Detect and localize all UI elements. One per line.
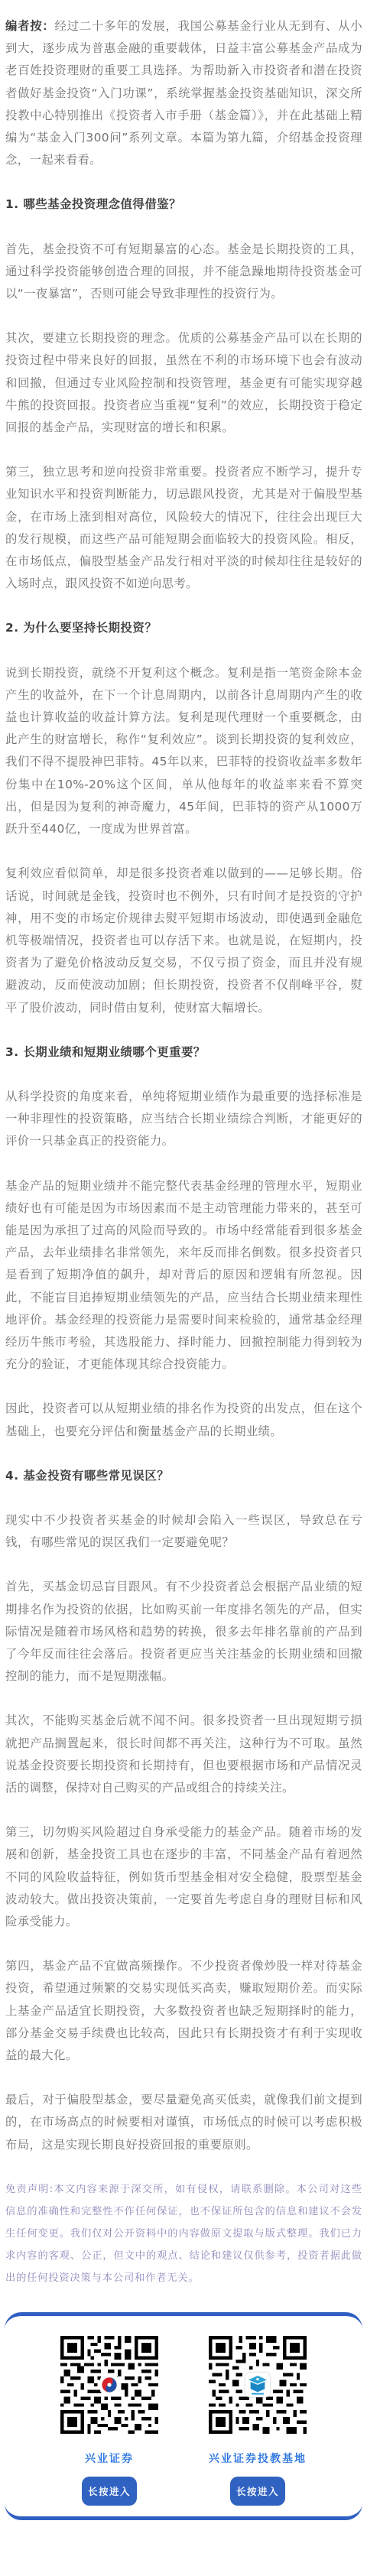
paragraph: 基金产品的短期业绩并不能完整代表基金经理的管理水平，短期业绩好也有可能是因为市场… xyxy=(5,1175,362,1376)
paragraph: 最后，对于偏股型基金，要尽量避免高买低卖，就像我们前文提到的，在市场高点的时候要… xyxy=(5,2089,362,2156)
section-heading-3: 3. 长期业绩和短期业绩哪个更重要？ xyxy=(5,1041,362,1064)
disclaimer: 免责声明:本文内容来源于深交所，如有侵权，请联系删除。本公司对这些信息的准确性和… xyxy=(5,2178,362,2289)
section-heading-2: 2. 为什么要坚持长期投资？ xyxy=(5,617,362,639)
paragraph: 首先，基金投资不可有短期暴富的心态。基金是长期投资的工具，通过科学投资能够创造合… xyxy=(5,239,362,306)
qr-label: 兴业证券 xyxy=(85,2451,134,2466)
qr-code-investor-education[interactable] xyxy=(209,2336,307,2434)
long-press-enter-button[interactable]: 长按进入 xyxy=(230,2477,285,2506)
long-press-enter-button[interactable]: 长按进入 xyxy=(82,2477,137,2506)
industrial-securities-logo-icon xyxy=(100,2376,119,2394)
investor-education-base-logo-icon xyxy=(245,2373,270,2397)
qr-card: 兴业证券 长按进入 xyxy=(5,2312,362,2520)
paragraph: 其次，要建立长期投资的理念。优质的公募基金产品可以在长期的投资过程中带来良好的回… xyxy=(5,327,362,439)
paragraph: 首先，买基金切忌盲目跟风。有不少投资者总会根据产品业绩的短期排名作为投资的依据，… xyxy=(5,1576,362,1688)
paragraph: 现实中不少投资者买基金的时候却会陷入一些误区，导致总在亏钱，有哪些常见的误区我们… xyxy=(5,1509,362,1554)
qr-code-industrial-securities[interactable] xyxy=(60,2336,158,2434)
section-heading-4: 4. 基金投资有哪些常见误区？ xyxy=(5,1465,362,1487)
section-heading-1: 1. 哪些基金投资理念值得借鉴？ xyxy=(5,193,362,216)
intro-text: 经过二十多年的发展，我国公募基金行业从无到有、从小到大，逐步成为普惠金融的重要载… xyxy=(5,19,362,167)
paragraph: 第三，独立思考和逆向投资非常重要。投资者应不断学习，提升专业知识水平和投资判断能… xyxy=(5,461,362,595)
qr-label: 兴业证券投教基地 xyxy=(209,2451,307,2466)
editor-note-label: 编者按： xyxy=(5,19,54,33)
paragraph: 其次，不能购买基金后就不闻不问。很多投资者一旦出现短期亏损就把产品搁置起来，很长… xyxy=(5,1710,362,1799)
qr-block-investor-education: 兴业证券投教基地 长按进入 xyxy=(200,2331,315,2516)
qr-block-industrial-securities: 兴业证券 长按进入 xyxy=(52,2331,167,2516)
paragraph: 第四，基金产品不宜做高频操作。不少投资者像炒股一样对待基金投资，希望通过频繁的交… xyxy=(5,1955,362,2067)
paragraph: 因此，投资者可以从短期业绩的排名作为投资的出发点，但在这个基础上，也要充分评估和… xyxy=(5,1398,362,1442)
paragraph: 第三，切勿购买风险超过自身承受能力的基金产品。随着市场的发展和创新，基金投资工具… xyxy=(5,1821,362,1933)
article: 编者按：经过二十多年的发展，我国公募基金行业从无到有、从小到大，逐步成为普惠金融… xyxy=(0,0,367,2289)
intro-paragraph: 编者按：经过二十多年的发展，我国公募基金行业从无到有、从小到大，逐步成为普惠金融… xyxy=(5,15,362,171)
paragraph: 复利效应看似简单，却是很多投资者难以做到的——足够长期。俗话说，时间就是金钱，投… xyxy=(5,862,362,1018)
paragraph: 从科学投资的角度来看，单纯将短期业绩作为最重要的选择标准是一种非理性的投资策略，… xyxy=(5,1086,362,1153)
paragraph: 说到长期投资，就绕不开复利这个概念。复利是指一笔资金除本金产生的收益外，在下一个… xyxy=(5,662,362,841)
qr-card-section: 兴业证券 长按进入 xyxy=(0,2289,367,2576)
